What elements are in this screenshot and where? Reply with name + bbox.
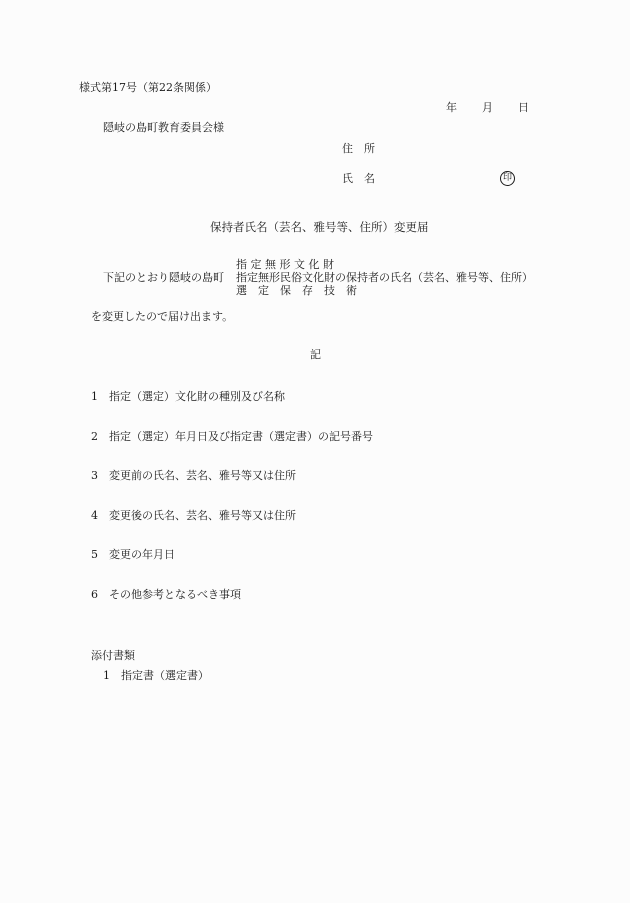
seal-icon: 印	[500, 171, 515, 186]
list-item: 3変更前の氏名、芸名、雅号等又は住所	[91, 470, 296, 481]
name-label: 氏 名	[342, 173, 375, 184]
document-title: 保持者氏名（芸名、雅号等、住所）変更届	[210, 222, 429, 234]
list-item: 1指定（選定）文化財の種別及び名称	[91, 391, 285, 402]
list-item: 5変更の年月日	[91, 549, 175, 560]
list-item: 4変更後の氏名、芸名、雅号等又は住所	[91, 510, 296, 521]
attachment-item: 1指定書（選定書）	[103, 670, 209, 681]
addressee: 隠岐の島町教育委員会様	[103, 122, 224, 133]
form-number: 様式第17号（第22条関係）	[79, 82, 217, 93]
option-designated-intangible: 指 定 無 形 文 化 財	[236, 258, 533, 271]
body-prefix: 下記のとおり隠岐の島町	[103, 272, 224, 283]
address-label: 住 所	[342, 143, 375, 154]
designation-options: 指 定 無 形 文 化 財 指定無形民俗文化財の保持者の氏名（芸名、雅号等、住所…	[236, 258, 533, 297]
body-closing: を変更したので届け出ます。	[91, 311, 233, 322]
attachments-heading: 添付書類	[91, 650, 135, 661]
ki-heading: 記	[310, 349, 321, 360]
date-day-label: 日	[518, 102, 529, 113]
date-year-label: 年	[446, 102, 457, 113]
list-item: 6その他参考となるべき事項	[91, 589, 241, 600]
list-item: 2指定（選定）年月日及び指定書（選定書）の記号番号	[91, 431, 373, 442]
date-month-label: 月	[482, 102, 493, 113]
option-designated-folk: 指定無形民俗文化財の保持者の氏名（芸名、雅号等、住所）	[236, 271, 533, 284]
option-selected-preservation: 選 定 保 存 技 術	[236, 284, 533, 297]
seal-mark: 印	[500, 171, 515, 186]
